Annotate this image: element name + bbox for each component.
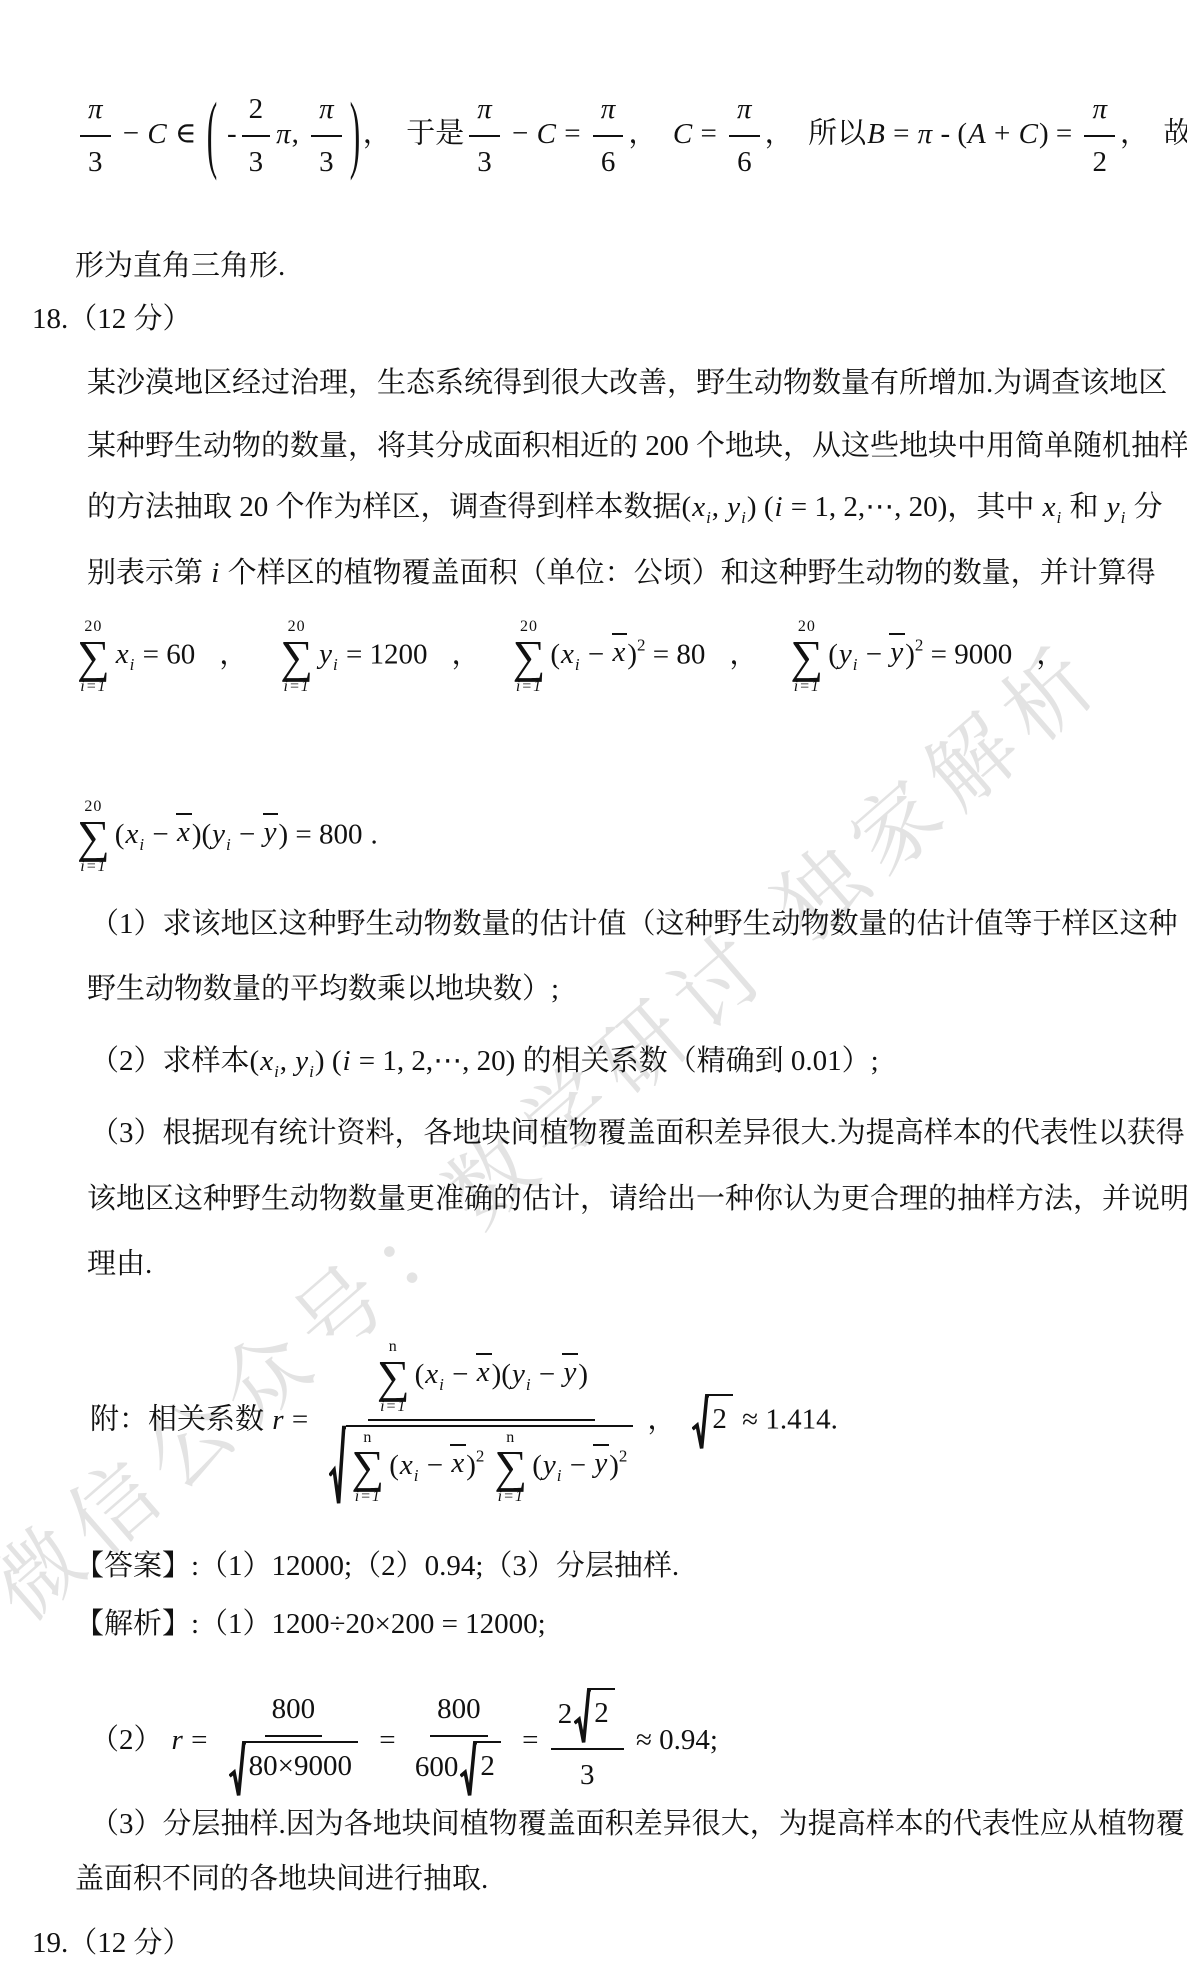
m-sum: n∑i=1	[494, 1429, 527, 1507]
m-i: y	[511, 1358, 526, 1390]
m-fn: π	[1084, 88, 1115, 137]
m-bar: x	[476, 1353, 492, 1387]
m-t: = 1, 2,⋯, 20)	[784, 491, 948, 523]
sqrt-radical-icon	[574, 1688, 591, 1745]
m-paren: (	[206, 93, 217, 180]
m-sqrt: 2	[574, 1688, 615, 1745]
m-i: C	[146, 118, 167, 150]
m-t: 别表示第	[87, 557, 210, 589]
m-t: 分	[1126, 491, 1162, 523]
m-sqrt: n∑i=1(xi − x)2n∑i=1(yi − y)2	[329, 1425, 633, 1507]
m-t: ≈ 1.414.	[735, 1404, 838, 1436]
m-t: (	[550, 638, 560, 670]
correlation-coefficient-appendix-formula: 附：相关系数 r = n∑i=1(xi − x)(yi − y)n∑i=1(xi…	[90, 1338, 838, 1506]
m-sqrt: 2	[692, 1394, 733, 1451]
m-sigma: ∑	[351, 1446, 384, 1488]
q18-part3-line-3: 理由.	[87, 1243, 152, 1287]
m-t: 3	[249, 146, 264, 178]
m-frac: 23	[242, 88, 271, 184]
m-frac: π6	[729, 88, 760, 184]
m-t: .	[371, 818, 378, 850]
m-qb: 2	[477, 1741, 501, 1798]
m-i: r	[271, 1404, 284, 1436]
m-bar: y	[889, 633, 905, 667]
m-t: 2	[594, 1697, 609, 1729]
m-i: i	[341, 1045, 351, 1077]
m-t: ) (	[747, 491, 774, 523]
m-paren: )	[349, 93, 360, 180]
m-t: = 1200	[339, 638, 428, 670]
m-i: r	[171, 1724, 184, 1756]
m-t: 3	[88, 146, 103, 178]
m-sup: 2	[476, 1446, 485, 1465]
m-lim: i=1	[380, 1398, 406, 1416]
m-t: 800	[272, 1693, 316, 1725]
m-sum: 20∑i=1	[280, 618, 313, 696]
m-frac: 80080×9000	[220, 1688, 367, 1797]
m-sigma: ∑	[377, 1356, 410, 1398]
m-t: )(	[192, 818, 211, 850]
m-sum: n∑i=1	[351, 1429, 384, 1507]
m-t: )	[578, 1358, 588, 1390]
m-t: −	[562, 1449, 593, 1481]
m-t: 800	[437, 1693, 481, 1725]
q18-sums-formula-line-1: 20∑i=1xi = 60，20∑i=1yi = 1200，20∑i=1(xi …	[75, 618, 1065, 696]
m-t: 3	[319, 146, 334, 178]
m-t: 的方法抽取 20 个作为样区，调查得到样本数据	[87, 491, 682, 523]
m-t: =	[184, 1724, 215, 1756]
m-i: x	[1042, 491, 1057, 523]
m-sigma: ∑	[790, 636, 823, 678]
m-t: (	[532, 1449, 542, 1481]
m-t: 80×9000	[249, 1750, 352, 1782]
m-i: π	[1091, 93, 1108, 125]
m-fd: 3	[573, 1750, 602, 1798]
q18-body-line-3: 的方法抽取 20 个作为样区，调查得到样本数据(xi, yi) (i = 1, …	[87, 486, 1163, 531]
m-i: π	[476, 93, 493, 125]
m-fd: 80×9000	[220, 1737, 367, 1798]
m-t: - (	[933, 118, 967, 150]
m-frac: π3	[80, 88, 111, 184]
m-t: −	[445, 1358, 476, 1390]
m-t: ， 故三角	[1120, 118, 1187, 150]
q19-number-header: 19.（12 分）	[32, 1922, 192, 1965]
m-t: ，	[1036, 638, 1065, 670]
m-t: = 9000	[923, 638, 1012, 670]
m-i: i	[773, 491, 783, 523]
m-sum: n∑i=1	[377, 1338, 410, 1416]
m-sigma: ∑	[280, 636, 313, 678]
m-qb: n∑i=1(xi − x)2n∑i=1(yi − y)2	[346, 1425, 633, 1507]
m-sum: 20∑i=1	[77, 798, 110, 876]
m-i: π	[917, 118, 934, 150]
m-bar: x	[176, 813, 192, 847]
m-sqrt: 2	[460, 1741, 501, 1798]
m-bar: y	[562, 1353, 578, 1387]
m-t: 6	[601, 146, 616, 178]
m-frac: π6	[593, 88, 624, 184]
m-t: 2	[712, 1403, 727, 1435]
m-i: π	[318, 93, 335, 125]
m-lim: i=1	[80, 858, 106, 876]
m-sigma: ∑	[494, 1446, 527, 1488]
m-fd: 3	[312, 137, 341, 185]
m-i: π	[275, 118, 292, 150]
m-t: =	[515, 1724, 546, 1756]
m-t: ，其中	[947, 491, 1041, 523]
m-i: x	[691, 491, 706, 523]
m-t: = 60	[135, 638, 195, 670]
m-t: =	[886, 118, 917, 150]
m-t: ,	[712, 491, 727, 523]
m-t: −	[232, 818, 263, 850]
q18-number-header: 18.（12 分）	[32, 298, 192, 342]
m-sum: 20∑i=1	[790, 618, 823, 696]
m-i: A	[967, 118, 987, 150]
m-i: π	[600, 93, 617, 125]
m-i: y	[211, 818, 226, 850]
m-sqrt: 80×9000	[229, 1741, 358, 1798]
m-t: )	[466, 1449, 476, 1481]
m-t: −	[505, 118, 536, 150]
q18-part2-line: （2）求样本(xi, yi) (i = 1, 2,⋯, 20) 的相关系数（精确…	[90, 1040, 879, 1085]
m-qb: 2	[709, 1394, 733, 1451]
m-t: ∈	[168, 118, 204, 150]
m-t: (	[250, 1045, 260, 1077]
m-t: ) = 800	[278, 818, 362, 850]
analysis-part3-line-2: 盖面积不同的各地块间进行抽取.	[75, 1858, 488, 1902]
m-t: 和	[1062, 491, 1106, 523]
m-t: 3	[477, 146, 492, 178]
m-t: −	[145, 818, 176, 850]
m-t: ,	[292, 118, 307, 150]
m-t: 2	[558, 1698, 573, 1730]
sqrt-radical-icon	[229, 1741, 246, 1798]
m-bar: y	[263, 813, 279, 847]
m-i: C	[536, 118, 557, 150]
m-frac: n∑i=1(xi − x)(yi − y)n∑i=1(xi − x)2n∑i=1…	[320, 1338, 642, 1506]
m-lim: i=1	[516, 678, 542, 696]
m-t: ， 于是	[363, 118, 465, 150]
q18-body-line-2: 某种野生动物的数量，将其分成面积相近的 200 个地块，从这些地块中用简单随机抽…	[87, 425, 1187, 469]
m-t: (	[682, 491, 692, 523]
m-fd: 6002	[408, 1737, 510, 1798]
answer-line: 【答案】:（1）12000;（2）0.94;（3）分层抽样.	[75, 1545, 679, 1589]
m-t: =	[693, 118, 724, 150]
q18-part3-line-1: （3）根据现有统计资料，各地块间植物覆盖面积差异很大.为提高样本的代表性以获得	[90, 1112, 1185, 1156]
m-t: )(	[492, 1358, 511, 1390]
m-frac: 8006002	[408, 1688, 510, 1797]
m-t: ) =	[1039, 118, 1080, 150]
m-t: =	[285, 1404, 316, 1436]
m-i: x	[399, 1449, 414, 1481]
m-t: (	[389, 1449, 399, 1481]
m-t: =	[372, 1724, 403, 1756]
m-sigma: ∑	[77, 636, 110, 678]
m-t: =	[557, 118, 588, 150]
analysis-part2-formula: （2）r = 80080×9000 = 8006002 = 223 ≈ 0.94…	[90, 1688, 718, 1797]
m-fn: 800	[430, 1688, 488, 1737]
m-frac: π3	[469, 88, 500, 184]
m-t: -	[220, 118, 237, 150]
m-fd: 6	[594, 137, 623, 185]
q17-solution-formula-line: π3 − C ∈ ( -23π, π3)， 于是π3 − C = π6， C =…	[75, 88, 1187, 184]
m-fn: n∑i=1(xi − x)(yi − y)	[368, 1338, 595, 1421]
m-fn: π	[311, 88, 342, 137]
m-i: y	[1106, 491, 1121, 523]
m-t: 2	[1092, 146, 1107, 178]
m-frac: π3	[311, 88, 342, 184]
m-i: y	[726, 491, 741, 523]
m-sup: 2	[619, 1446, 628, 1465]
m-t: )	[627, 638, 637, 670]
m-t: ，	[452, 638, 481, 670]
m-t: 6	[737, 146, 752, 178]
m-i: π	[87, 93, 104, 125]
m-lim: i=1	[284, 678, 310, 696]
m-qb: 80×9000	[246, 1741, 358, 1798]
m-t: −	[116, 118, 147, 150]
m-lim: i=1	[355, 1488, 381, 1506]
document-content: π3 − C ∈ ( -23π, π3)， 于是π3 − C = π6， C =…	[0, 0, 1187, 1965]
m-i: C	[1018, 118, 1039, 150]
m-bar: x	[612, 633, 628, 667]
m-frac: π2	[1084, 88, 1115, 184]
m-fd: 3	[470, 137, 499, 185]
m-qb: 2	[591, 1688, 615, 1745]
m-t: ,	[280, 1045, 295, 1077]
m-t: = 1, 2,⋯, 20)	[352, 1045, 516, 1077]
analysis-part3-line-1: （3）分层抽样.因为各地块间植物覆盖面积差异很大，为提高样本的代表性应从植物覆	[90, 1803, 1185, 1847]
m-sum: 20∑i=1	[77, 618, 110, 696]
m-i: C	[672, 118, 693, 150]
m-fd: 3	[242, 137, 271, 185]
m-lim: i=1	[794, 678, 820, 696]
m-sup: 2	[637, 635, 646, 654]
m-t: (	[828, 638, 838, 670]
m-t: = 80	[646, 638, 706, 670]
m-fd: 2	[1085, 137, 1114, 185]
m-i: y	[318, 638, 333, 670]
m-t: 3	[580, 1759, 595, 1791]
m-t: ≈ 0.94;	[629, 1724, 718, 1756]
m-t: ，	[729, 638, 758, 670]
q17-solution-tail-text: 形为直角三角形.	[75, 245, 285, 289]
m-t: )	[609, 1449, 619, 1481]
m-i: x	[424, 1358, 439, 1390]
m-t: −	[420, 1449, 451, 1481]
m-t: 附：相关系数	[90, 1404, 271, 1436]
m-t: ) (	[315, 1045, 342, 1077]
m-lim: i=1	[80, 678, 106, 696]
m-i: π	[736, 93, 753, 125]
m-i: i	[210, 557, 220, 589]
m-t: )	[905, 638, 915, 670]
m-fn: π	[729, 88, 760, 137]
m-fn: π	[80, 88, 111, 137]
m-bar: y	[593, 1444, 609, 1478]
m-fn: 2	[242, 88, 271, 137]
m-i: x	[124, 818, 139, 850]
m-fd: 3	[81, 137, 110, 185]
m-fn: π	[593, 88, 624, 137]
q18-body-line-1: 某沙漠地区经过治理，生态系统得到很大改善，野生动物数量有所增加.为调查该地区	[87, 362, 1167, 406]
m-t: ， 所以	[765, 118, 867, 150]
m-fn: π	[469, 88, 500, 137]
m-t: (	[415, 1358, 425, 1390]
q18-part1-line-2: 野生动物数量的平均数乘以地块数）;	[87, 968, 559, 1012]
q18-part3-line-2: 该地区这种野生动物数量更准确的估计，请给出一种你认为更合理的抽样方法，并说明	[87, 1178, 1187, 1222]
m-t: 的相关系数（精确到 0.01）;	[515, 1045, 878, 1077]
m-t: −	[859, 638, 890, 670]
m-fd: n∑i=1(xi − x)2n∑i=1(yi − y)2	[320, 1421, 642, 1507]
m-fn: 800	[265, 1688, 323, 1737]
m-lim: i=1	[498, 1488, 524, 1506]
m-i: y	[838, 638, 853, 670]
m-t: （2）	[90, 1724, 163, 1756]
sqrt-radical-icon	[460, 1741, 477, 1798]
m-t: 2	[480, 1750, 495, 1782]
m-fd: 6	[730, 137, 759, 185]
m-frac: 223	[551, 1688, 624, 1797]
m-sum: 20∑i=1	[513, 618, 546, 696]
m-t: （2）求样本	[90, 1045, 250, 1077]
m-i: x	[560, 638, 575, 670]
m-sigma: ∑	[77, 816, 110, 858]
m-bar: x	[450, 1444, 466, 1478]
analysis-line-1: 【解析】:（1）1200÷20×200 = 12000;	[75, 1603, 546, 1647]
m-i: x	[259, 1045, 274, 1077]
q18-sums-formula-line-2: 20∑i=1(xi − x)(yi − y) = 800.	[75, 798, 378, 876]
m-t: 2	[249, 93, 264, 125]
m-t: 个样区的植物覆盖面积（单位：公顷）和这种野生动物的数量，并计算得	[220, 557, 1155, 589]
m-fn: 22	[551, 1688, 624, 1750]
m-i: B	[866, 118, 886, 150]
m-i: y	[542, 1449, 557, 1481]
q18-part1-line-1: （1）求该地区这种野生动物数量的估计值（这种野生动物数量的估计值等于样区这种	[90, 903, 1178, 947]
document-page: 微信公众号：数学研讨 独家解析 π3 − C ∈ ( -23π, π3)， 于是…	[0, 0, 1187, 1965]
sqrt-radical-icon	[692, 1394, 709, 1451]
m-t: −	[532, 1358, 563, 1390]
m-sigma: ∑	[513, 636, 546, 678]
sqrt-radical-icon	[329, 1425, 346, 1507]
m-i: y	[294, 1045, 309, 1077]
m-t: +	[987, 118, 1018, 150]
m-t: ，	[219, 638, 248, 670]
q18-body-line-4: 别表示第 i 个样区的植物覆盖面积（单位：公顷）和这种野生动物的数量，并计算得	[87, 552, 1156, 596]
m-t: −	[581, 638, 612, 670]
m-i: x	[115, 638, 130, 670]
m-t: 600	[415, 1750, 459, 1782]
m-t: ，	[628, 118, 672, 150]
m-t: ，	[647, 1404, 676, 1436]
